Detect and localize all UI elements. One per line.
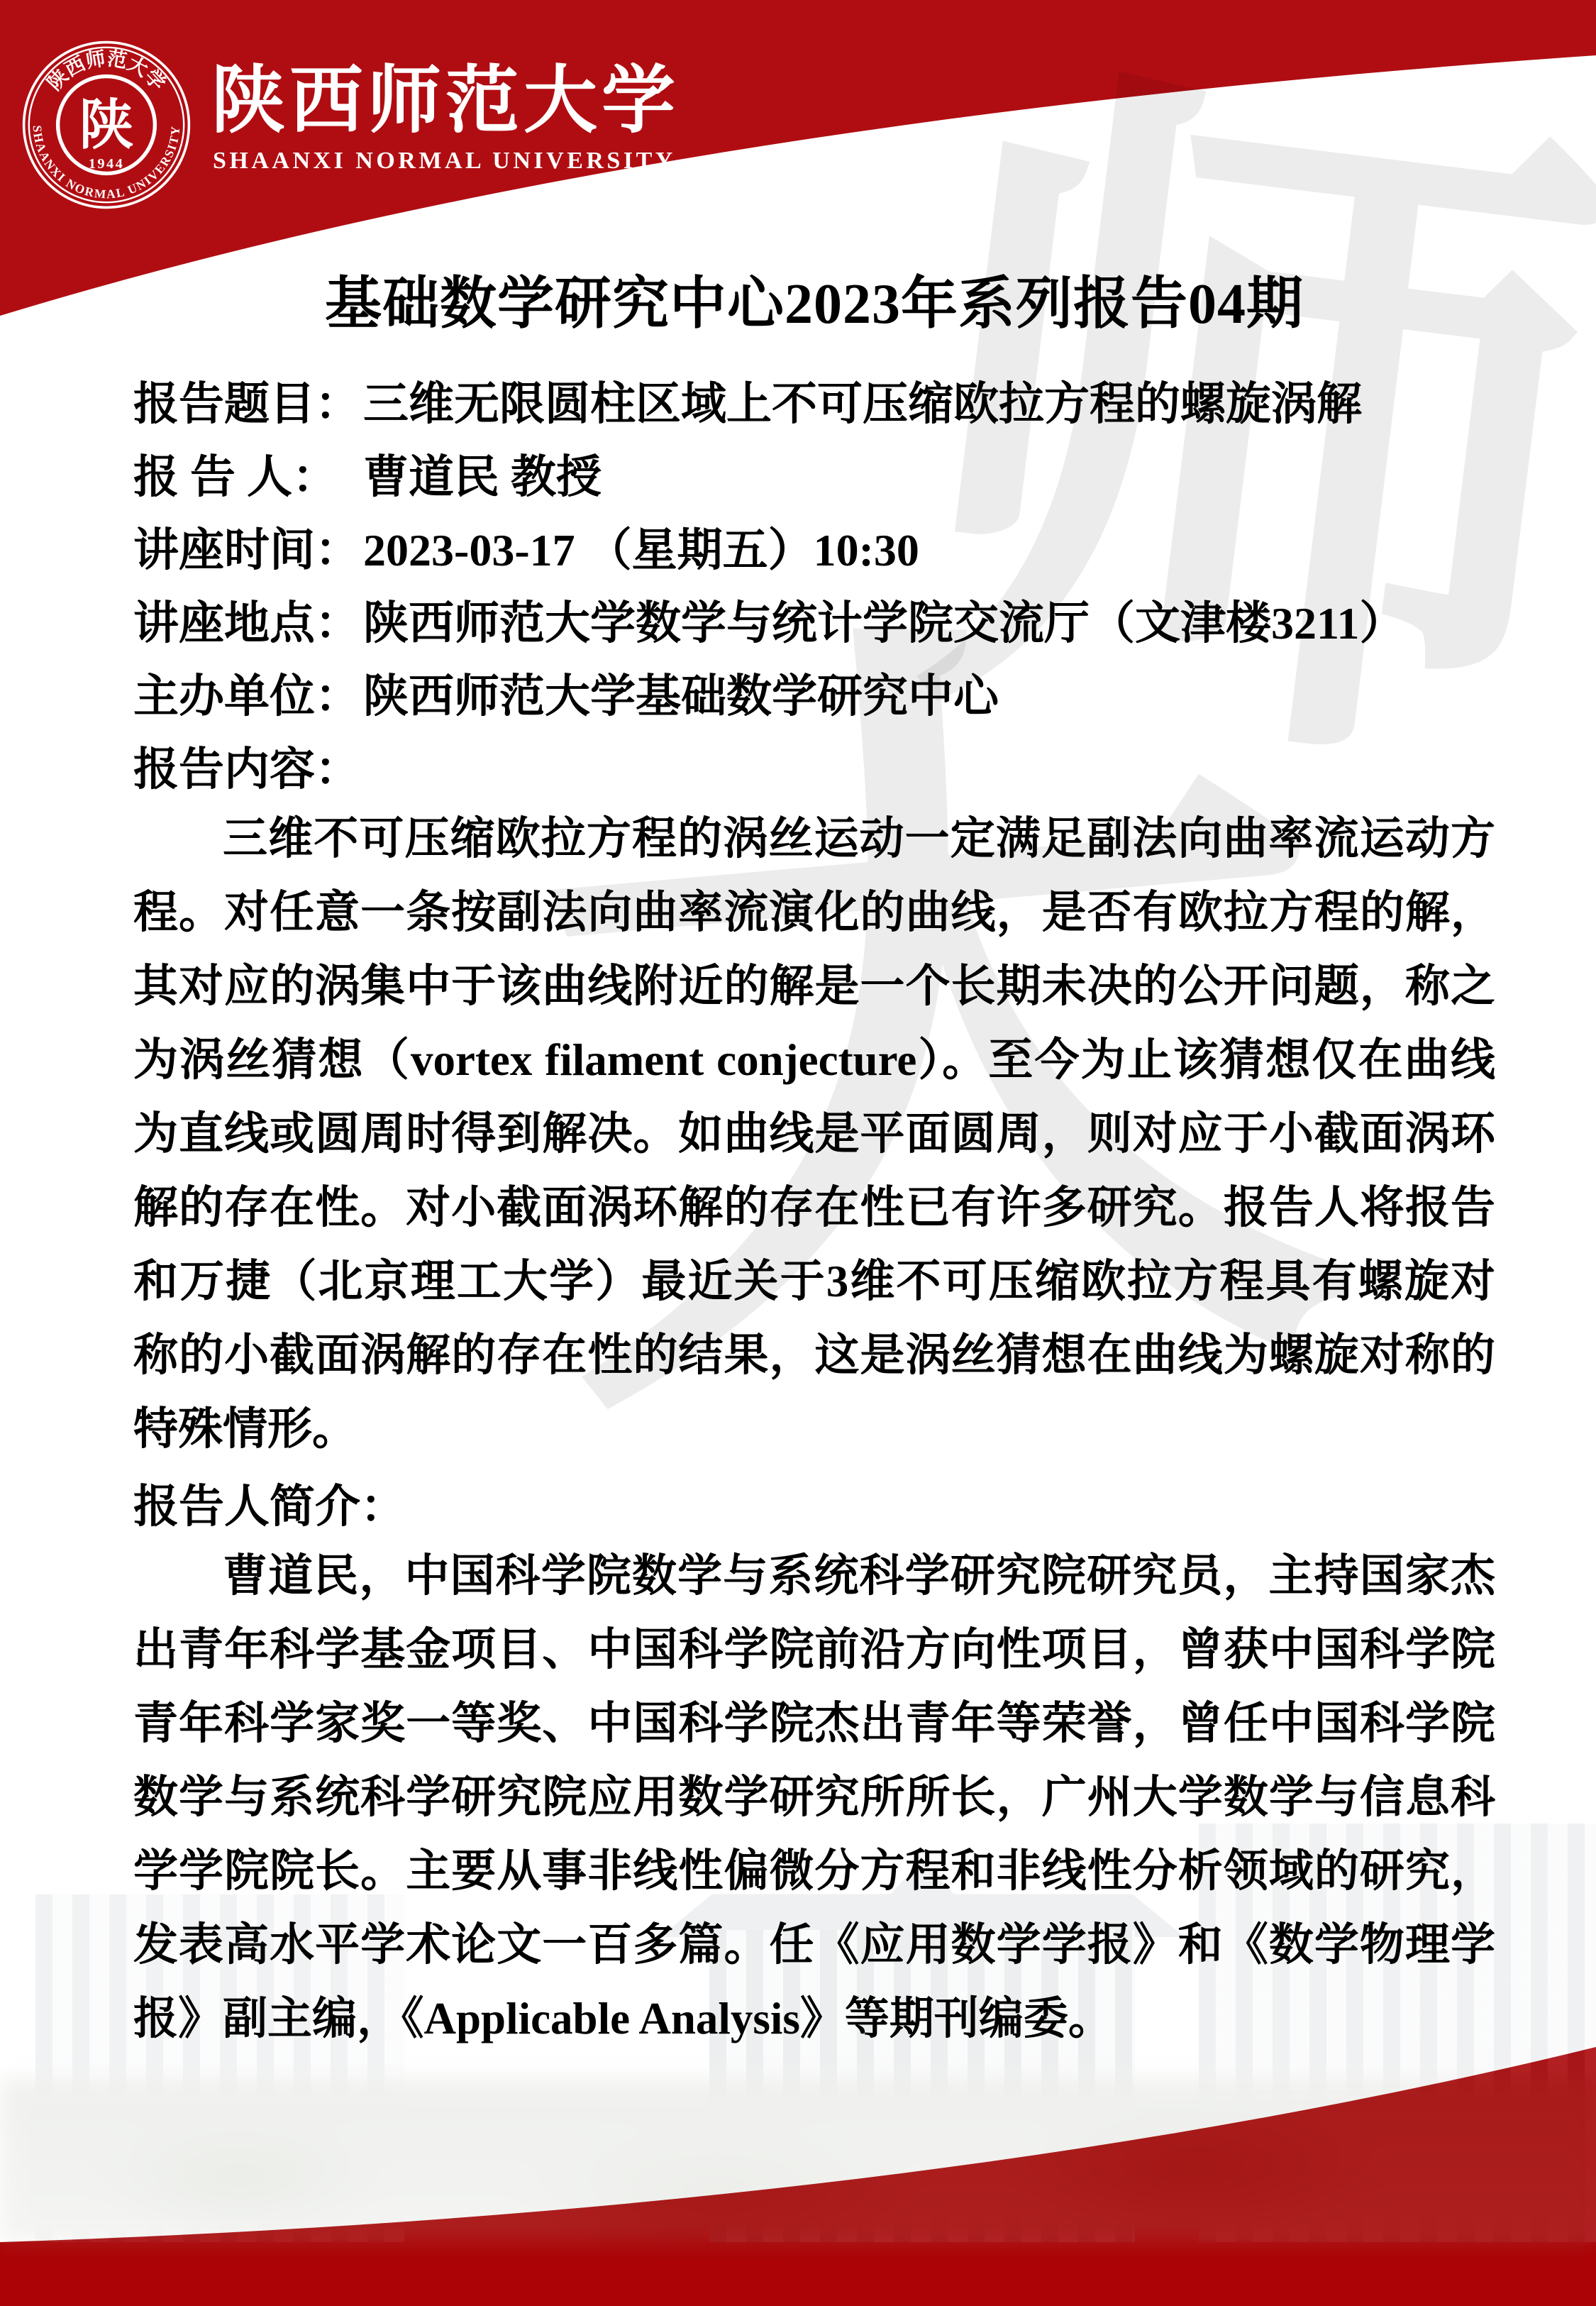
info-value-location: 陕西师范大学数学与统计学院交流厅（文津楼3211） (363, 587, 1404, 652)
seal-center-glyph: 陕 (79, 93, 134, 157)
info-label-organizer: 主办单位： (133, 660, 363, 725)
university-name-english: SHAANXI NORMAL UNIVERSITY (213, 148, 676, 175)
info-label-location: 讲座地点： (133, 587, 363, 652)
info-row-location: 讲座地点： 陕西师范大学数学与统计学院交流厅（文津楼3211） (133, 583, 1495, 656)
info-value-organizer: 陕西师范大学基础数学研究中心 (363, 660, 999, 725)
content-heading: 报告内容： (133, 729, 1495, 802)
poster-canvas: 师 大 陕西师范大学 SHAANXI NORMAL UNIVERSITY 陕 1… (0, 0, 1596, 2306)
series-title: 基础数学研究中心2023年系列报告04期 (133, 264, 1495, 345)
info-value-title: 三维无限圆柱区域上不可压缩欧拉方程的螺旋涡解 (363, 368, 1362, 433)
info-label-speaker: 报 告 人： (133, 441, 363, 506)
university-seal-logo: 陕西师范大学 SHAANXI NORMAL UNIVERSITY 陕 1944 (21, 40, 192, 210)
info-row-speaker: 报 告 人： 曹道民 教授 (133, 436, 1495, 509)
seal-year-1944: 1944 (89, 156, 124, 172)
content-paragraph: 三维不可压缩欧拉方程的涡丝运动一定满足副法向曲率流运动方程。对任意一条按副法向曲… (133, 802, 1495, 1466)
footer-red-swoosh (0, 2047, 1596, 2306)
info-label-time: 讲座时间： (133, 514, 363, 579)
info-value-time: 2023-03-17 （星期五）10:30 (363, 514, 919, 579)
poster-content: 基础数学研究中心2023年系列报告04期 报告题目： 三维无限圆柱区域上不可压缩… (133, 264, 1495, 2056)
info-label-title: 报告题目： (133, 368, 363, 433)
info-row-title: 报告题目： 三维无限圆柱区域上不可压缩欧拉方程的螺旋涡解 (133, 363, 1495, 436)
info-row-organizer: 主办单位： 陕西师范大学基础数学研究中心 (133, 656, 1495, 729)
info-row-time: 讲座时间： 2023-03-17 （星期五）10:30 (133, 509, 1495, 583)
info-value-speaker: 曹道民 教授 (363, 441, 602, 506)
bio-paragraph: 曹道民，中国科学院数学与系统科学研究院研究员，主持国家杰出青年科学基金项目、中国… (133, 1539, 1495, 2056)
bio-heading: 报告人简介： (133, 1466, 1495, 1539)
lecture-info-list: 报告题目： 三维无限圆柱区域上不可压缩欧拉方程的螺旋涡解 报 告 人： 曹道民 … (133, 363, 1495, 802)
university-name-chinese: 陕西师范大学 (211, 60, 680, 140)
seal-arc-chinese-text: 陕西师范大学 (43, 46, 170, 95)
